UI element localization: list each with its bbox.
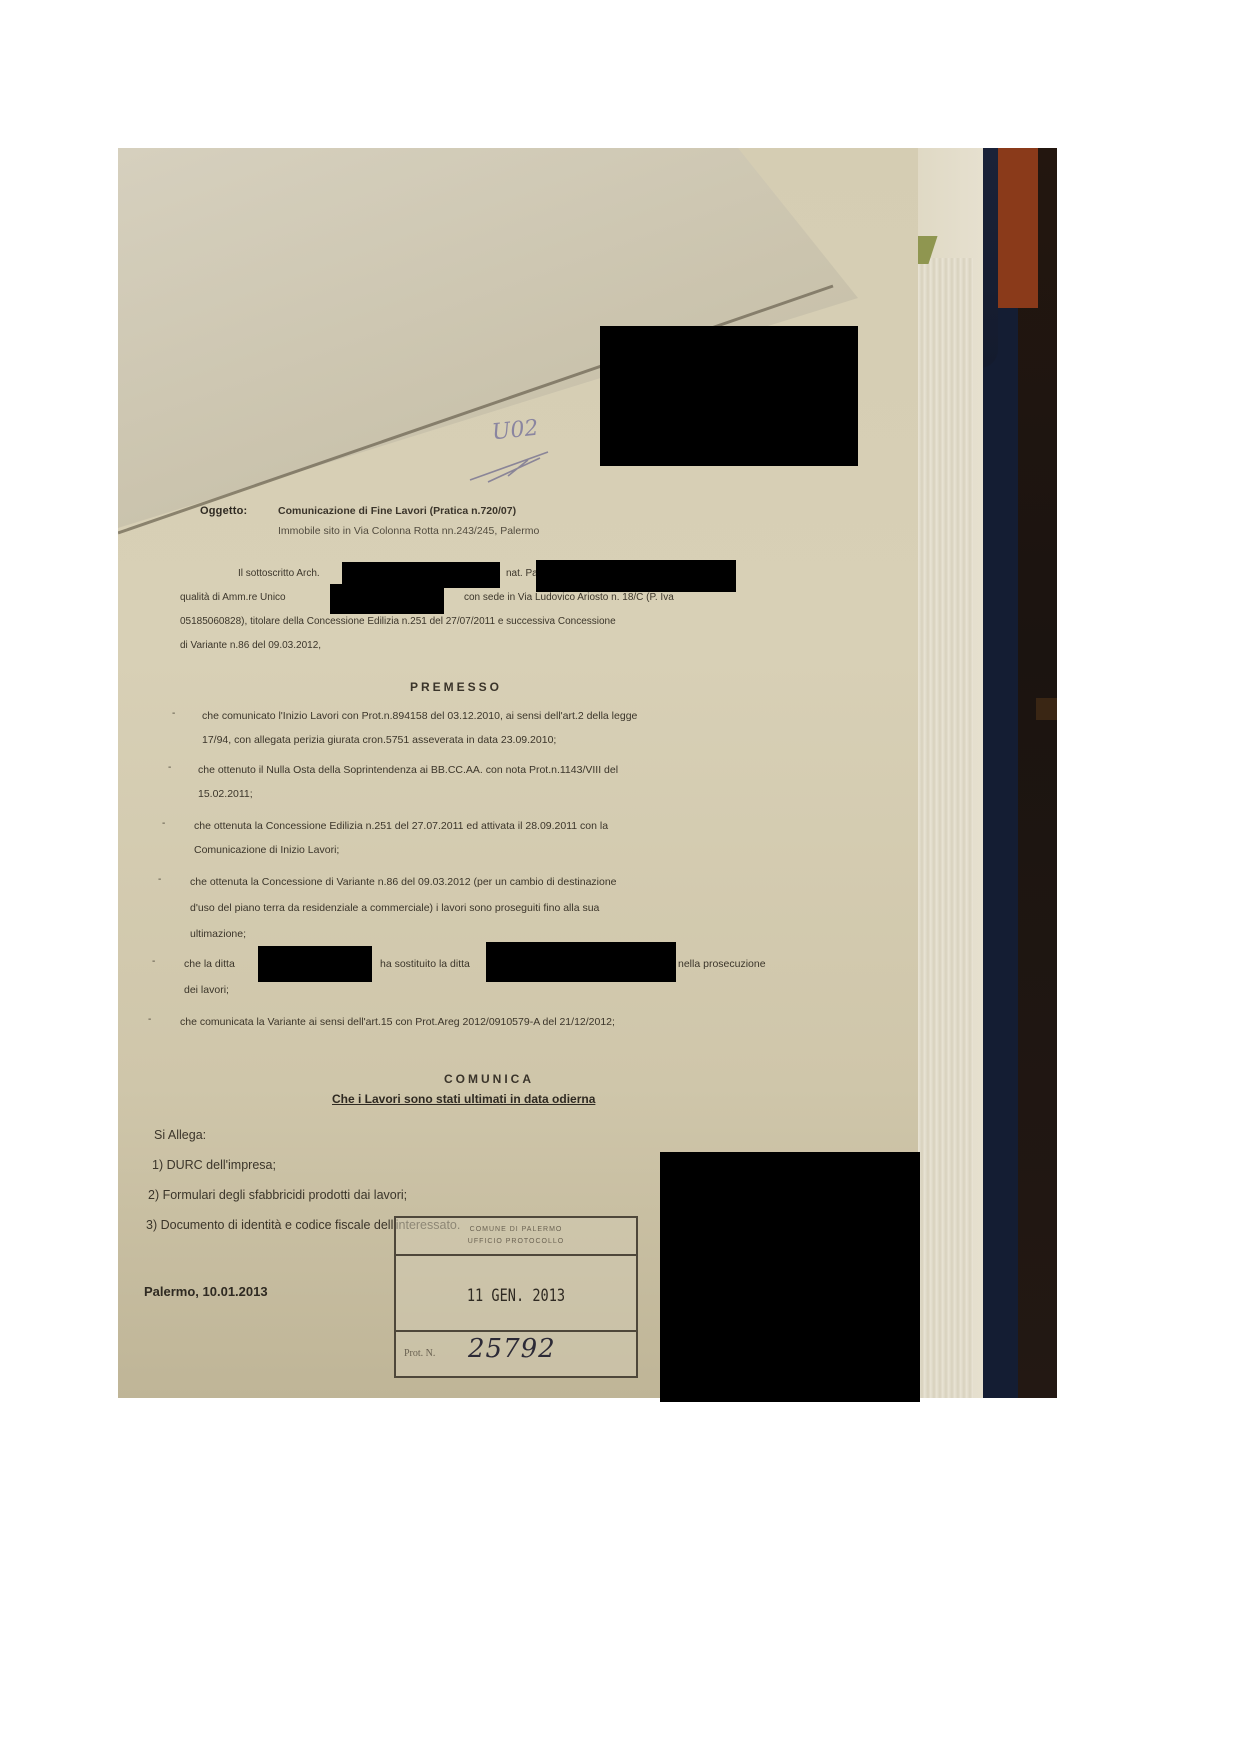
stamp-date: 11 GEN. 2013: [420, 1286, 612, 1306]
subject-title: Comunicazione di Fine Lavori (Pratica n.…: [278, 505, 516, 517]
premesso-item-6-line-1: che comunicata la Variante ai sensi dell…: [180, 1016, 615, 1028]
protocol-stamp: COMUNE DI PALERMO UFFICIO PROTOCOLLO 11 …: [394, 1216, 638, 1378]
stamp-header: COMUNE DI PALERMO UFFICIO PROTOCOLLO: [396, 1218, 636, 1256]
redaction-block: [600, 326, 858, 466]
premesso-item-3-line-1: che ottenuta la Concessione Edilizia n.2…: [194, 820, 608, 832]
stamp-header-line-1: COMUNE DI PALERMO: [396, 1224, 636, 1236]
place-date: Palermo, 10.01.2013: [144, 1284, 268, 1299]
intro-line-1a: Il sottoscritto Arch.: [238, 568, 320, 579]
comunica-subheading: Che i Lavori sono stati ultimati in data…: [332, 1092, 595, 1106]
premesso-item-2-line-1: che ottenuto il Nulla Osta della Soprint…: [198, 764, 618, 776]
comunica-heading: COMUNICA: [444, 1072, 534, 1086]
stamp-prot-number: 25792: [468, 1334, 556, 1364]
premesso-item-5-line-1a: che la ditta: [184, 958, 235, 970]
premesso-item-1-line-1: che comunicato l'Inizio Lavori con Prot.…: [202, 710, 637, 722]
intro-line-1b: nat. Pal: [506, 568, 540, 579]
subject-label: Oggetto:: [200, 505, 247, 517]
allegati-label: Si Allega:: [154, 1128, 206, 1142]
redaction-company: [330, 584, 444, 614]
premesso-item-4-line-2: d'uso del piano terra da residenziale a …: [190, 902, 599, 914]
bullet-dash: -: [158, 874, 161, 885]
premesso-item-5-line-1c: nella prosecuzione: [678, 958, 766, 970]
premesso-heading: PREMESSO: [410, 680, 502, 694]
handwritten-signature: [468, 448, 558, 488]
premesso-item-5-line-2: dei lavori;: [184, 984, 229, 996]
subject-property: Immobile sito in Via Colonna Rotta nn.24…: [278, 525, 539, 537]
handwritten-annotation: U02: [491, 416, 540, 446]
premesso-item-5-line-1b: ha sostituito la ditta: [380, 958, 470, 970]
redaction-birth: [536, 560, 736, 592]
bullet-dash: -: [152, 956, 155, 967]
orange-folder: [998, 148, 1038, 308]
redaction-company-new: [258, 946, 372, 982]
bullet-dash: -: [172, 708, 175, 719]
stamp-divider: [396, 1330, 636, 1332]
bullet-dash: -: [148, 1014, 151, 1025]
intro-line-3: 05185060828), titolare della Concessione…: [180, 616, 616, 627]
binder-clip: [1036, 698, 1057, 720]
allegati-item-1: 1) DURC dell'impresa;: [152, 1158, 276, 1172]
bullet-dash: -: [168, 762, 171, 773]
premesso-item-2-line-2: 15.02.2011;: [198, 788, 253, 800]
premesso-item-1-line-2: 17/94, con allegata perizia giurata cron…: [202, 734, 556, 746]
paper-edges: [913, 258, 973, 1398]
stamp-prot-label: Prot. N.: [404, 1348, 435, 1359]
stamp-header-line-2: UFFICIO PROTOCOLLO: [396, 1236, 636, 1248]
intro-line-2a: qualità di Amm.re Unico: [180, 592, 286, 603]
intro-line-2b: con sede in Via Ludovico Ariosto n. 18/C…: [464, 592, 674, 603]
premesso-item-4-line-1: che ottenuta la Concessione di Variante …: [190, 876, 617, 888]
premesso-item-3-line-2: Comunicazione di Inizio Lavori;: [194, 844, 339, 856]
intro-line-4: di Variante n.86 del 09.03.2012,: [180, 640, 321, 651]
background-shelf: [1018, 148, 1057, 1398]
premesso-item-4-line-3: ultimazione;: [190, 928, 246, 940]
bullet-dash: -: [162, 818, 165, 829]
allegati-item-2: 2) Formulari degli sfabbricidi prodotti …: [148, 1188, 407, 1202]
redaction-signature: [660, 1152, 920, 1402]
redaction-company-old: [486, 942, 676, 982]
